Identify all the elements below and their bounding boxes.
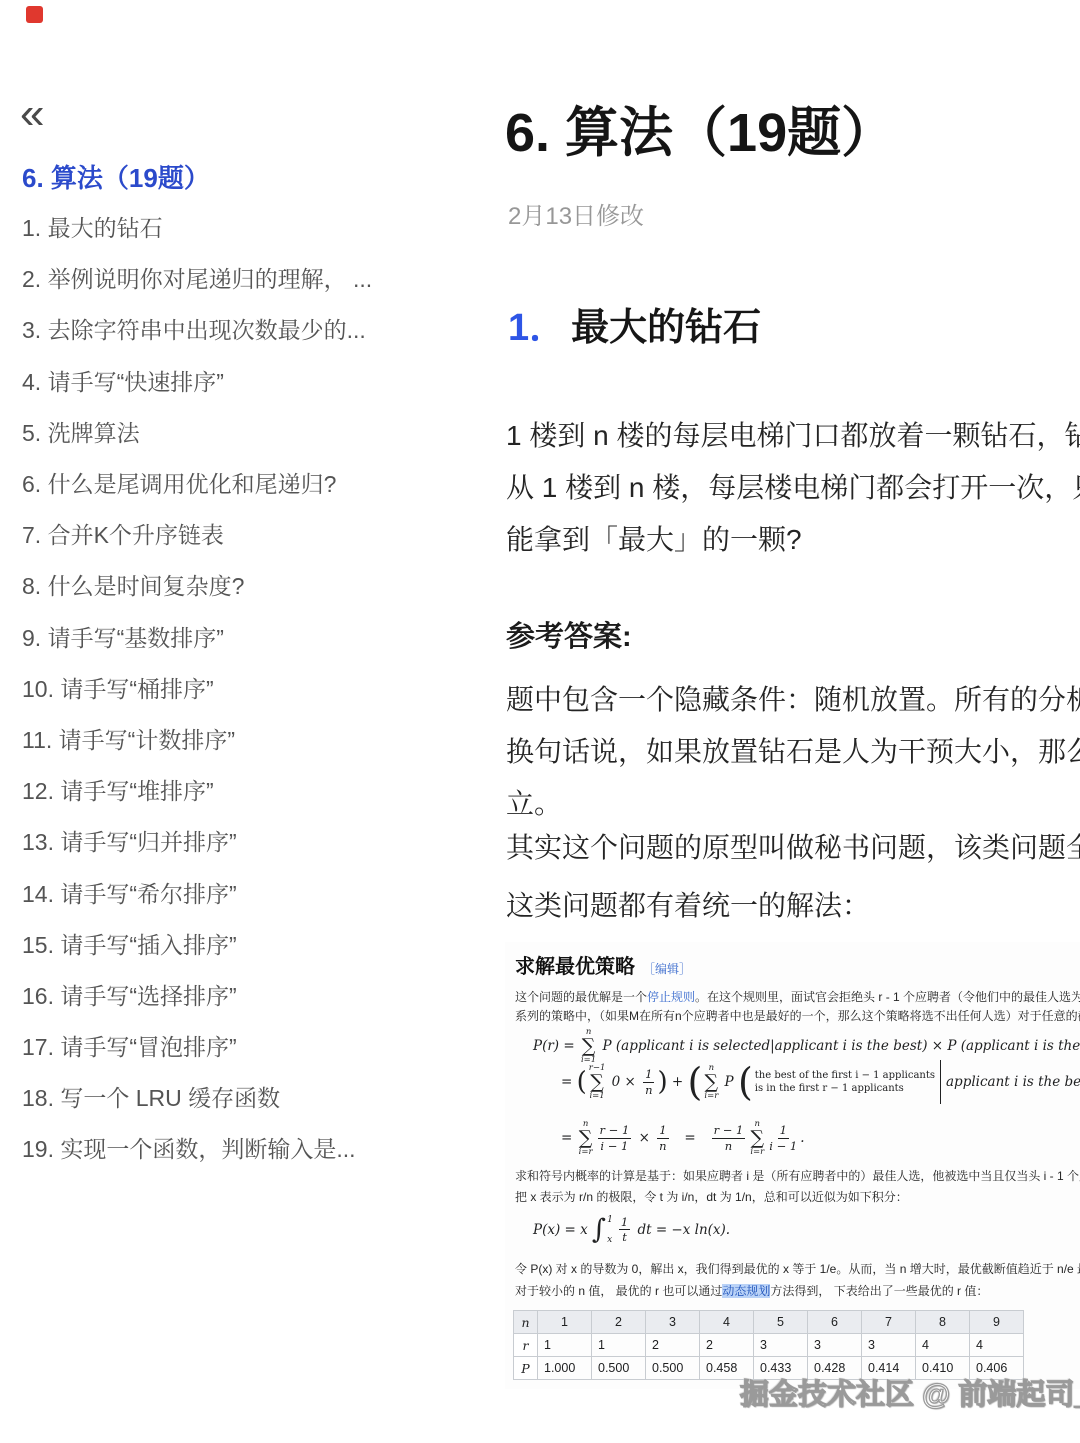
wiki-edit-link: ［编辑］	[643, 960, 691, 977]
sidebar-collapse-icon[interactable]: «	[20, 92, 42, 136]
wiki-table-cell: 2	[592, 1311, 646, 1334]
red-logo-mark	[26, 6, 43, 23]
wiki-table: n123456789r112233344P1.0000.5000.5000.45…	[513, 1310, 1024, 1380]
wiki-table-cell: 1.000	[538, 1357, 592, 1380]
wiki-link-stopping-rule: 停止规则	[647, 990, 695, 1004]
wiki-table-cell: 6	[808, 1311, 862, 1334]
wiki-text: 令 P(x) 对 x 的导数为 0，解出 x，我们得到最优的 x 等于 1/e。…	[515, 1258, 1080, 1280]
wiki-link-dynamic-programming: 动态规划	[722, 1284, 770, 1298]
formula-integral: P(x) = x ∫1x1t dt = −x ln(x).	[533, 1214, 730, 1245]
answer-line-solution: 这类问题都有着统一的解法：	[506, 880, 1080, 932]
sidebar-item-14[interactable]: 14. 请手写“希尔排序”	[22, 866, 454, 917]
wiki-table-cell: 5	[754, 1311, 808, 1334]
wiki-table-row-n: n123456789	[514, 1311, 1024, 1334]
wiki-table-cell: 9	[970, 1311, 1024, 1334]
page-title: 6. 算法（19题）	[505, 90, 895, 167]
wiki-table-cell: 3	[808, 1334, 862, 1357]
sidebar-item-6[interactable]: 6. 什么是尾调用优化和尾递归?	[22, 457, 454, 508]
sidebar-item-11[interactable]: 11. 请手写“计数排序”	[22, 713, 454, 764]
wiki-table-row-r: r112233344	[514, 1334, 1024, 1357]
wiki-table-cell: 3	[754, 1334, 808, 1357]
answer-paragraph-3: 这类问题都有着统一的解法：	[506, 880, 1080, 932]
formula-expanded: = (r−1∑i=1 0 × 1n) + (n∑i=r P (the best …	[561, 1060, 1080, 1104]
sidebar-item-2[interactable]: 2. 举例说明你对尾递归的理解， ...	[22, 252, 454, 303]
embedded-wiki-image: 求解最优策略 ［编辑］ 这个问题的最优解是一个停止规则。在这个规则里，面试官会拒…	[505, 942, 1080, 1389]
watermark: 掘金技术社区 @ 前端起司_	[740, 1372, 1080, 1413]
sidebar-item-17[interactable]: 17. 请手写“冒泡排序”	[22, 1020, 454, 1071]
wiki-heading-text: 求解最优策略	[515, 950, 635, 979]
sidebar-item-3[interactable]: 3. 去除字符串中出现次数最少的...	[22, 303, 454, 354]
wiki-table-cell: 0.500	[646, 1357, 700, 1380]
wiki-paragraph-3: 令 P(x) 对 x 的导数为 0，解出 x，我们得到最优的 x 等于 1/e。…	[515, 1258, 1080, 1302]
wiki-text: 求和符号内概率的计算是基于：如果应聘者 i 是（所有应聘者中的）最佳人选，他被选…	[515, 1166, 1080, 1187]
sidebar-item-18[interactable]: 18. 写一个 LRU 缓存函数	[22, 1071, 454, 1122]
wiki-text: 方法得到， 下表给出了一些最优的 r 值：	[770, 1284, 988, 1298]
question-line-1: 1 楼到 n 楼的每层电梯门口都放着一颗钻石，钻	[506, 410, 1080, 462]
sidebar-item-9[interactable]: 9. 请手写“基数排序”	[22, 611, 454, 662]
sidebar-item-8[interactable]: 8. 什么是时间复杂度?	[22, 559, 454, 610]
sidebar-item-5[interactable]: 5. 洗牌算法	[22, 406, 454, 457]
wiki-table-cell: 4	[970, 1334, 1024, 1357]
section-number: 1．	[508, 307, 567, 349]
wiki-text: 系列的策略中，（如果M在所有n个应聘者中也是最好的一个，那么这个策略将选不出任何…	[515, 1007, 1080, 1026]
wiki-table-row-label: P	[514, 1357, 538, 1380]
sidebar-item-active-chapter[interactable]: 6. 算法（19题）	[22, 158, 210, 195]
question-line-2: 从 1 楼到 n 楼，每层楼电梯门都会打开一次，只	[506, 462, 1080, 514]
wiki-section-heading: 求解最优策略 ［编辑］	[515, 950, 691, 979]
wiki-table-cell: 2	[646, 1334, 700, 1357]
wiki-table-cell: 1	[592, 1334, 646, 1357]
sidebar-item-12[interactable]: 12. 请手写“堆排序”	[22, 764, 454, 815]
wiki-text: 把 x 表示为 r/n 的极限，令 t 为 i/n，dt 为 1/n，总和可以近…	[515, 1187, 1080, 1208]
answer-paragraph-2: 其实这个问题的原型叫做秘书问题，该类问题全	[506, 822, 1080, 874]
question-paragraph: 1 楼到 n 楼的每层电梯门口都放着一颗钻石，钻从 1 楼到 n 楼，每层楼电梯…	[506, 410, 1080, 566]
wiki-table-cell: 3	[646, 1311, 700, 1334]
wiki-table-cell: 7	[862, 1311, 916, 1334]
wiki-table-cell: 3	[862, 1334, 916, 1357]
sidebar-item-4[interactable]: 4. 请手写“快速排序”	[22, 355, 454, 406]
wiki-table-row-label: n	[514, 1311, 538, 1334]
wiki-paragraph-1: 这个问题的最优解是一个停止规则。在这个规则里，面试官会拒绝头 r - 1 个应聘…	[515, 988, 1080, 1026]
wiki-table-cell: 1	[538, 1334, 592, 1357]
sidebar-item-13[interactable]: 13. 请手写“归并排序”	[22, 815, 454, 866]
wiki-table-cell: 0.500	[592, 1357, 646, 1380]
wiki-text: 这个问题的最优解是一个	[515, 990, 647, 1004]
sidebar-item-1[interactable]: 1. 最大的钻石	[22, 201, 454, 252]
wiki-table-cell: 2	[700, 1334, 754, 1357]
page: « 6. 算法（19题） 1. 最大的钻石2. 举例说明你对尾递归的理解， ..…	[0, 0, 1080, 1443]
wiki-table-cell: 1	[538, 1311, 592, 1334]
answer-line-1: 题中包含一个隐藏条件：随机放置。所有的分析	[506, 674, 1080, 726]
wiki-table-cell: 8	[916, 1311, 970, 1334]
formula-simplified: = n∑i=rr − 1i − 1 × 1n = r − 1nn∑i=r1i −…	[561, 1120, 805, 1156]
wiki-paragraph-2: 求和符号内概率的计算是基于：如果应聘者 i 是（所有应聘者中的）最佳人选，他被选…	[515, 1166, 1080, 1208]
wiki-text: 对于较小的 n 值， 最优的 r 也可以通过	[515, 1284, 722, 1298]
question-line-3: 能拿到「最大」的一颗?	[506, 514, 1080, 566]
section-title: 最大的钻石	[571, 307, 761, 349]
sidebar-item-19[interactable]: 19. 实现一个函数，判断输入是...	[22, 1122, 454, 1173]
sidebar-item-7[interactable]: 7. 合并K个升序链表	[22, 508, 454, 559]
answer-label: 参考答案:	[506, 614, 632, 655]
answer-line-origin: 其实这个问题的原型叫做秘书问题，该类问题全	[506, 822, 1080, 874]
answer-paragraph-1: 题中包含一个隐藏条件：随机放置。所有的分析换句话说，如果放置钻石是人为干预大小，…	[506, 674, 1080, 830]
sidebar-toc-list: 1. 最大的钻石2. 举例说明你对尾递归的理解， ...3. 去除字符串中出现次…	[22, 201, 462, 1174]
answer-line-2: 换句话说，如果放置钻石是人为干预大小，那么	[506, 726, 1080, 778]
section-heading: 1．最大的钻石	[508, 296, 761, 351]
sidebar-item-10[interactable]: 10. 请手写“桶排序”	[22, 662, 454, 713]
formula-p-r: P(r) = n∑i=1 P (applicant i is selected|…	[533, 1028, 1080, 1064]
wiki-table-row-label: r	[514, 1334, 538, 1357]
modified-date: 2月13日修改	[508, 196, 644, 231]
wiki-table-cell: 4	[916, 1334, 970, 1357]
sidebar-item-16[interactable]: 16. 请手写“选择排序”	[22, 969, 454, 1020]
wiki-table-cell: 4	[700, 1311, 754, 1334]
wiki-text: 。在这个规则里，面试官会拒绝头 r - 1 个应聘者（令他们中的最佳人选为 应聘…	[695, 990, 1080, 1004]
sidebar-item-15[interactable]: 15. 请手写“插入排序”	[22, 918, 454, 969]
